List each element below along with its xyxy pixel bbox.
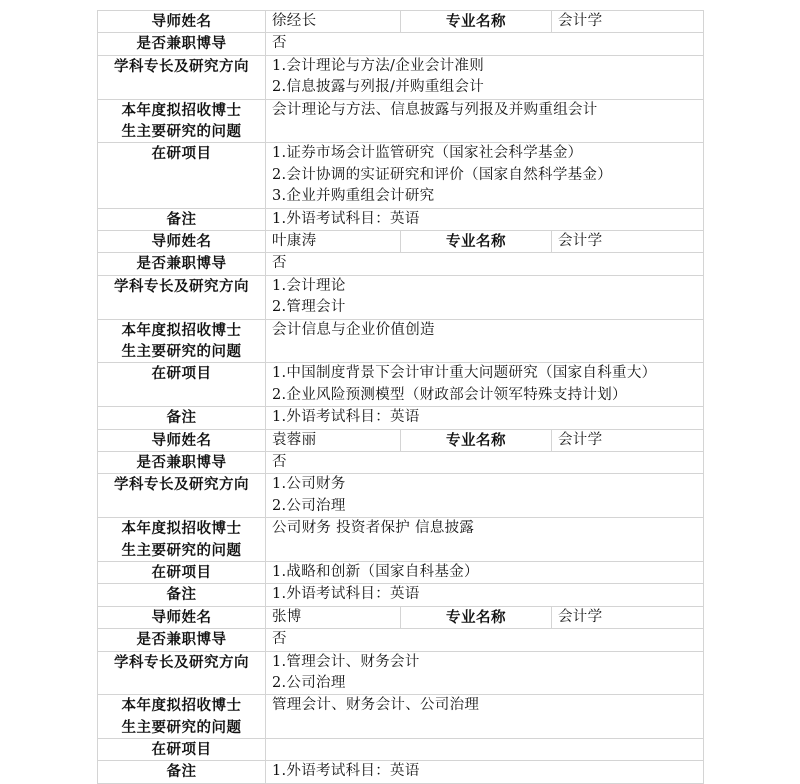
table-row-part-time: 是否兼职博导 否 bbox=[98, 629, 704, 651]
advisor-name-value: 张博 bbox=[266, 606, 401, 628]
remarks-value: 1.外语考试科目：英语 bbox=[266, 208, 704, 230]
major-name-label: 专业名称 bbox=[401, 230, 552, 252]
part-time-value: 否 bbox=[266, 451, 704, 473]
research-direction-item: 2.管理会计 bbox=[272, 297, 697, 318]
planned-research-label: 本年度拟招收博士 生主要研究的问题 bbox=[98, 99, 266, 143]
remarks-value: 1.外语考试科目：英语 bbox=[266, 761, 704, 770]
table-row-research-direction: 学科专长及研究方向 1.会计理论与方法/企业会计准则 2.信息披露与列报/并购重… bbox=[98, 55, 704, 99]
major-name-value: 会计学 bbox=[552, 429, 704, 451]
planned-research-label: 本年度拟招收博士 生主要研究的问题 bbox=[98, 695, 266, 739]
remarks-label: 备注 bbox=[98, 407, 266, 429]
planned-research-label-line2: 生主要研究的问题 bbox=[104, 717, 259, 738]
research-direction-value: 1.会计理论与方法/企业会计准则 2.信息披露与列报/并购重组会计 bbox=[266, 55, 704, 99]
remarks-label: 备注 bbox=[98, 761, 266, 770]
table-row-part-time: 是否兼职博导 否 bbox=[98, 33, 704, 55]
research-direction-label: 学科专长及研究方向 bbox=[98, 651, 266, 695]
research-direction-item: 2.信息披露与列报/并购重组会计 bbox=[272, 77, 697, 98]
advisor-table: 导师姓名 徐经长 专业名称 会计学 是否兼职博导 否 学科专长及研究方向 1.会… bbox=[97, 10, 704, 770]
part-time-label: 是否兼职博导 bbox=[98, 629, 266, 651]
ongoing-project-item: 1.证券市场会计监管研究（国家社会科学基金） bbox=[272, 143, 697, 164]
part-time-value: 否 bbox=[266, 253, 704, 275]
advisor-name-label: 导师姓名 bbox=[98, 11, 266, 33]
major-name-value: 会计学 bbox=[552, 230, 704, 252]
major-name-label: 专业名称 bbox=[401, 606, 552, 628]
ongoing-projects-label: 在研项目 bbox=[98, 143, 266, 208]
ongoing-project-item: 2.企业风险预测模型（财政部会计领军特殊支持计划） bbox=[272, 385, 697, 406]
major-name-value: 会计学 bbox=[552, 11, 704, 33]
table-row-advisor-name: 导师姓名 叶康涛 专业名称 会计学 bbox=[98, 230, 704, 252]
table-row-ongoing-projects: 在研项目 1.证券市场会计监管研究（国家社会科学基金） 2.会计协调的实证研究和… bbox=[98, 143, 704, 208]
planned-research-label-line1: 本年度拟招收博士 bbox=[104, 100, 259, 121]
remarks-value: 1.外语考试科目：英语 bbox=[266, 584, 704, 606]
remarks-value: 1.外语考试科目：英语 bbox=[266, 407, 704, 429]
research-direction-item: 1.管理会计、财务会计 bbox=[272, 652, 697, 673]
ongoing-projects-value: 1.战略和创新（国家自科基金） bbox=[266, 561, 704, 583]
research-direction-item: 1.会计理论 bbox=[272, 276, 697, 297]
research-direction-value: 1.公司财务 2.公司治理 bbox=[266, 474, 704, 518]
major-name-label: 专业名称 bbox=[401, 429, 552, 451]
ongoing-projects-value bbox=[266, 739, 704, 761]
table-row-ongoing-projects: 在研项目 1.中国制度背景下会计审计重大问题研究（国家自科重大） 2.企业风险预… bbox=[98, 363, 704, 407]
planned-research-label-line1: 本年度拟招收博士 bbox=[104, 320, 259, 341]
research-direction-item: 1.公司财务 bbox=[272, 474, 697, 495]
part-time-label: 是否兼职博导 bbox=[98, 451, 266, 473]
part-time-label: 是否兼职博导 bbox=[98, 253, 266, 275]
advisor-name-value: 叶康涛 bbox=[266, 230, 401, 252]
part-time-value: 否 bbox=[266, 629, 704, 651]
table-row-advisor-name: 导师姓名 张博 专业名称 会计学 bbox=[98, 606, 704, 628]
table-row-planned-research: 本年度拟招收博士 生主要研究的问题 管理会计、财务会计、公司治理 bbox=[98, 695, 704, 739]
table-row-remarks: 备注 1.外语考试科目：英语 bbox=[98, 407, 704, 429]
planned-research-value: 管理会计、财务会计、公司治理 bbox=[266, 695, 704, 739]
major-name-label: 专业名称 bbox=[401, 11, 552, 33]
remarks-label: 备注 bbox=[98, 208, 266, 230]
table-row-research-direction: 学科专长及研究方向 1.管理会计、财务会计 2.公司治理 bbox=[98, 651, 704, 695]
planned-research-label-line2: 生主要研究的问题 bbox=[104, 540, 259, 561]
advisor-name-value: 袁蓉丽 bbox=[266, 429, 401, 451]
part-time-label: 是否兼职博导 bbox=[98, 33, 266, 55]
planned-research-value: 会计信息与企业价值创造 bbox=[266, 319, 704, 363]
ongoing-project-item: 3.企业并购重组会计研究 bbox=[272, 186, 697, 207]
table-row-remarks: 备注 1.外语考试科目：英语 bbox=[98, 761, 704, 770]
ongoing-project-item: 1.中国制度背景下会计审计重大问题研究（国家自科重大） bbox=[272, 363, 697, 384]
part-time-value: 否 bbox=[266, 33, 704, 55]
table-row-research-direction: 学科专长及研究方向 1.公司财务 2.公司治理 bbox=[98, 474, 704, 518]
research-direction-item: 1.会计理论与方法/企业会计准则 bbox=[272, 56, 697, 77]
planned-research-label-line2: 生主要研究的问题 bbox=[104, 121, 259, 142]
research-direction-label: 学科专长及研究方向 bbox=[98, 275, 266, 319]
research-direction-label: 学科专长及研究方向 bbox=[98, 55, 266, 99]
table-row-ongoing-projects: 在研项目 1.战略和创新（国家自科基金） bbox=[98, 561, 704, 583]
advisor-name-label: 导师姓名 bbox=[98, 230, 266, 252]
ongoing-projects-value: 1.中国制度背景下会计审计重大问题研究（国家自科重大） 2.企业风险预测模型（财… bbox=[266, 363, 704, 407]
table-row-remarks: 备注 1.外语考试科目：英语 bbox=[98, 208, 704, 230]
planned-research-label-line2: 生主要研究的问题 bbox=[104, 341, 259, 362]
ongoing-projects-value: 1.证券市场会计监管研究（国家社会科学基金） 2.会计协调的实证研究和评价（国家… bbox=[266, 143, 704, 208]
advisor-name-value: 徐经长 bbox=[266, 11, 401, 33]
research-direction-item: 2.公司治理 bbox=[272, 673, 697, 694]
table-row-part-time: 是否兼职博导 否 bbox=[98, 253, 704, 275]
research-direction-label: 学科专长及研究方向 bbox=[98, 474, 266, 518]
advisor-sheet: 导师姓名 徐经长 专业名称 会计学 是否兼职博导 否 学科专长及研究方向 1.会… bbox=[97, 10, 703, 770]
planned-research-label-line1: 本年度拟招收博士 bbox=[104, 518, 259, 539]
table-row-research-direction: 学科专长及研究方向 1.会计理论 2.管理会计 bbox=[98, 275, 704, 319]
ongoing-project-item: 1.战略和创新（国家自科基金） bbox=[272, 562, 697, 583]
table-row-advisor-name: 导师姓名 徐经长 专业名称 会计学 bbox=[98, 11, 704, 33]
table-row-ongoing-projects: 在研项目 bbox=[98, 739, 704, 761]
research-direction-item: 2.公司治理 bbox=[272, 496, 697, 517]
table-row-part-time: 是否兼职博导 否 bbox=[98, 451, 704, 473]
planned-research-label-line1: 本年度拟招收博士 bbox=[104, 695, 259, 716]
ongoing-projects-label: 在研项目 bbox=[98, 561, 266, 583]
table-row-planned-research: 本年度拟招收博士 生主要研究的问题 会计理论与方法、信息披露与列报及并购重组会计 bbox=[98, 99, 704, 143]
table-row-planned-research: 本年度拟招收博士 生主要研究的问题 公司财务 投资者保护 信息披露 bbox=[98, 518, 704, 562]
research-direction-value: 1.管理会计、财务会计 2.公司治理 bbox=[266, 651, 704, 695]
research-direction-value: 1.会计理论 2.管理会计 bbox=[266, 275, 704, 319]
planned-research-value: 公司财务 投资者保护 信息披露 bbox=[266, 518, 704, 562]
ongoing-projects-label: 在研项目 bbox=[98, 739, 266, 761]
major-name-value: 会计学 bbox=[552, 606, 704, 628]
planned-research-label: 本年度拟招收博士 生主要研究的问题 bbox=[98, 518, 266, 562]
ongoing-project-item: 2.会计协调的实证研究和评价（国家自然科学基金） bbox=[272, 165, 697, 186]
advisor-name-label: 导师姓名 bbox=[98, 606, 266, 628]
remarks-label: 备注 bbox=[98, 584, 266, 606]
planned-research-label: 本年度拟招收博士 生主要研究的问题 bbox=[98, 319, 266, 363]
planned-research-value: 会计理论与方法、信息披露与列报及并购重组会计 bbox=[266, 99, 704, 143]
table-row-advisor-name: 导师姓名 袁蓉丽 专业名称 会计学 bbox=[98, 429, 704, 451]
table-row-remarks: 备注 1.外语考试科目：英语 bbox=[98, 584, 704, 606]
ongoing-projects-label: 在研项目 bbox=[98, 363, 266, 407]
advisor-name-label: 导师姓名 bbox=[98, 429, 266, 451]
advisor-table-body: 导师姓名 徐经长 专业名称 会计学 是否兼职博导 否 学科专长及研究方向 1.会… bbox=[98, 11, 704, 771]
table-row-planned-research: 本年度拟招收博士 生主要研究的问题 会计信息与企业价值创造 bbox=[98, 319, 704, 363]
